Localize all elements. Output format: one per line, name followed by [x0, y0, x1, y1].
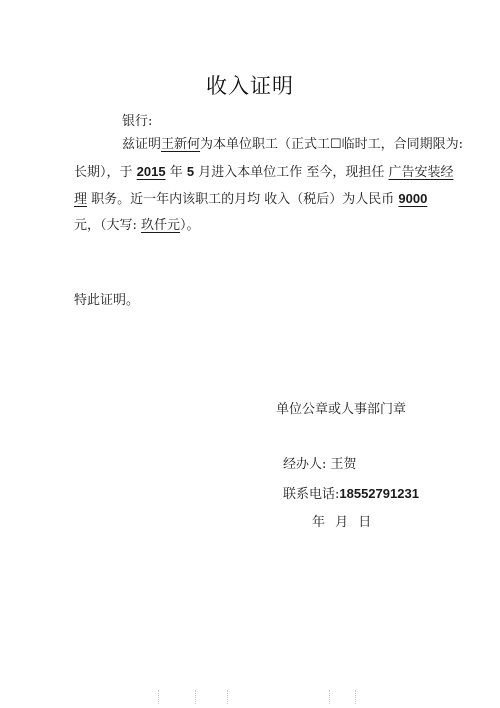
start-month: 5 [187, 164, 194, 179]
text: 兹证明 [122, 137, 161, 152]
addressee: 银行: [122, 110, 152, 129]
job-position-part2: 理 [74, 192, 87, 207]
text: 为本单位职工（正式工☐临时工，合同期限为: [200, 137, 463, 152]
text: 职务。近一年内该职工的月均 收入（税后）为人民币 [87, 192, 398, 207]
dot-mark [227, 690, 229, 704]
body-line-1: 兹证明王新何为本单位职工（正式工☐临时工，合同期限为: [74, 131, 436, 158]
phone-label: 联系电话: [283, 487, 339, 502]
phone-line: 联系电话:18552791231 [283, 483, 419, 502]
document-title: 收入证明 [0, 70, 500, 100]
dot-mark [355, 690, 357, 704]
text: 年 [166, 165, 187, 180]
date-line: 年 月 日 [312, 511, 371, 530]
text: 元，（大写: [74, 218, 141, 233]
handler-label: 经办人: [283, 457, 326, 472]
body-line-2: 长期），于 2015 年 5 月进入本单位工作 至今，现担任 广告安装经 [74, 158, 436, 185]
body-line-4: 元，（大写: 玖仟元）。 [74, 212, 436, 239]
dot-mark [158, 690, 160, 704]
handler-line: 经办人: 王贺 [283, 453, 357, 472]
certificate-body: 兹证明王新何为本单位职工（正式工☐临时工，合同期限为: 长期），于 2015 年… [74, 131, 436, 239]
job-position-part1: 广告安装经 [388, 165, 453, 180]
closing-statement: 特此证明。 [74, 289, 139, 308]
document-page: 收入证明 银行: 兹证明王新何为本单位职工（正式工☐临时工，合同期限为: 长期）… [0, 0, 500, 708]
employee-name: 王新何 [161, 137, 200, 152]
seal-label: 单位公章或人事部门章 [276, 398, 406, 417]
body-line-3: 理 职务。近一年内该职工的月均 收入（税后）为人民币 9000 [74, 185, 436, 212]
text: 月进入本单位工作 至今，现担任 [194, 165, 388, 180]
dot-mark [195, 690, 197, 704]
income-in-words: 玖仟元 [141, 218, 180, 233]
monthly-income: 9000 [398, 191, 427, 206]
phone-number: 18552791231 [339, 486, 419, 501]
start-year: 2015 [137, 164, 166, 179]
handler-name: 王贺 [331, 457, 357, 472]
text: 长期），于 [74, 165, 137, 180]
dot-mark [329, 690, 331, 704]
text: ）。 [180, 218, 200, 233]
footer-marks [0, 690, 500, 706]
